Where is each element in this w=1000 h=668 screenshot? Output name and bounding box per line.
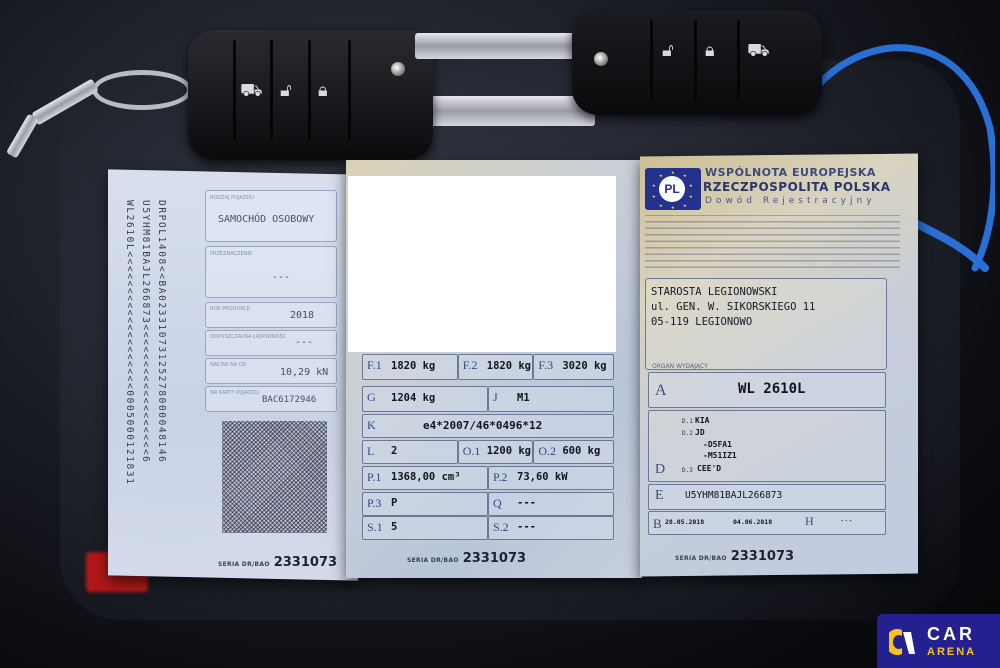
version: -M51IZ1 — [703, 451, 737, 460]
field-value: e4*2007/46*0496*12 — [423, 419, 542, 432]
field-code: F.3 — [538, 358, 553, 373]
technical-field: JM1 — [488, 386, 614, 412]
field-value: 2018 — [290, 310, 314, 321]
field-value: P — [391, 497, 397, 509]
key-blade — [430, 96, 595, 126]
field-value: 1820 kg — [487, 360, 531, 372]
field-value: 2 — [391, 445, 397, 457]
field-value: 1200 kg — [487, 445, 531, 457]
unlock-icon: 🔓︎ — [662, 42, 674, 60]
field-code: O.1 — [463, 444, 481, 459]
technical-field: L2 — [362, 440, 458, 464]
technical-field: P.11368,00 cm³ — [362, 466, 488, 490]
car-arena-logo: CAR ARENA — [877, 614, 1000, 668]
trunk-icon: ⛟ — [240, 82, 263, 100]
lock-icon: 🔒︎ — [705, 42, 715, 60]
country-code: PL — [659, 176, 685, 202]
field-code: O.2 — [538, 444, 556, 459]
technical-field: F.33020 kg — [533, 354, 614, 380]
header-eu: WSPÓLNOTA EUROPEJSKA — [705, 166, 876, 179]
model-label: D.3 — [682, 467, 693, 474]
issuer-address: STAROSTA LEGIONOWSKI ul. GEN. W. SIKORSK… — [651, 285, 815, 330]
logo-text-car: CAR — [927, 624, 975, 645]
registration-number: WL 2610L — [738, 381, 805, 397]
car-arena-logo-icon — [889, 628, 915, 656]
header-country: RZECZPOSPOLITA POLSKA — [703, 180, 890, 194]
serial-number: SERIA DR/BAO2331073 — [407, 547, 526, 566]
field-value: 5 — [391, 521, 397, 533]
field-code: F.2 — [463, 358, 478, 373]
key-ring — [92, 70, 192, 110]
field-value: 1368,00 cm³ — [391, 471, 461, 483]
car-key-fob-1: ⛟ 🔓︎ 🔒︎ — [188, 30, 433, 160]
key-blade — [415, 33, 580, 59]
field-code: P.3 — [367, 496, 381, 511]
code-H: H — [805, 514, 814, 529]
field-value: 73,60 kW — [517, 471, 568, 483]
code-E: E — [655, 488, 664, 504]
trunk-icon: ⛟ — [747, 42, 770, 60]
code-B: B — [653, 516, 662, 532]
mrz-line: DRPOL1408<<BA02331073125278000048146 — [156, 200, 167, 464]
unlock-icon: 🔓︎ — [280, 82, 292, 100]
eu-flag-icon: PL ★★ ★★ ★★ ★★ ★★ — [645, 168, 701, 210]
field-code: P.1 — [367, 470, 381, 485]
type-label: D.2 — [682, 430, 693, 437]
field-value: SAMOCHÓD OSOBOWY — [218, 214, 314, 225]
field-value: --- — [295, 337, 313, 348]
2d-barcode — [222, 421, 327, 533]
validity: --- — [840, 517, 853, 525]
key-chain-link — [6, 114, 39, 159]
field-value: 1204 kg — [391, 392, 435, 404]
technical-field: F.21820 kg — [458, 354, 534, 380]
field-value: --- — [272, 272, 290, 283]
field-value: M1 — [517, 392, 530, 404]
field-label: RODZAJ POJAZDU — [210, 195, 254, 201]
technical-field: F.11820 kg — [362, 354, 458, 380]
field-value: 10,29 kN — [280, 367, 328, 378]
field-label: ROK PRODUKCJI — [210, 306, 250, 312]
photo-scene: ⛟ 🔓︎ 🔒︎ 🔓︎ 🔒︎ ⛟ DRPOL1408<<BA02331073125… — [0, 0, 1000, 668]
header-document-title: Dowód Rejestracyjny — [705, 196, 876, 206]
field-value: --- — [517, 521, 536, 533]
technical-field: Q--- — [488, 492, 614, 516]
serial-number: SERIA DR/BAO2331073 — [218, 551, 337, 570]
field-code: Q — [493, 496, 502, 511]
lock-icon: 🔒︎ — [318, 82, 328, 100]
technical-field: G1204 kg — [362, 386, 488, 412]
field-code: G — [367, 390, 376, 405]
code-D: D — [655, 462, 665, 478]
field-code: J — [493, 390, 498, 405]
field-value: BAC6172946 — [262, 395, 316, 405]
field-label: PRZEZNACZENIE — [210, 251, 252, 257]
vin: U5YHM81BAJL266873 — [685, 490, 782, 501]
technical-field: S.15 — [362, 516, 488, 540]
field-value: 3020 kg — [562, 360, 606, 372]
field-label: DOPUSZCZALNA ŁADOWNOŚĆ — [210, 334, 286, 340]
mrz-line: WL2610L<<<<<<<<<<<<<<<<<<<0005000121831 — [124, 200, 135, 485]
logo-text-arena: ARENA — [927, 646, 976, 658]
registration-date: 04.06.2018 — [733, 518, 772, 526]
field-code: F.1 — [367, 358, 382, 373]
mrz-line: U5YHM81BAJL266873<<<<<<<<<<<<<<<<<<6 — [140, 200, 151, 464]
redacted-area — [348, 176, 616, 352]
field-code: L — [367, 444, 374, 459]
issuer-label: ORGAN WYDAJĄCY — [652, 363, 708, 370]
model: CEE'D — [697, 464, 721, 473]
technical-field: O.11200 kg — [458, 440, 534, 464]
type: JD — [695, 428, 705, 437]
field-code: K — [367, 418, 376, 433]
key-release-button — [594, 52, 608, 66]
field-value: 1820 kg — [391, 360, 435, 372]
technical-field: S.2--- — [488, 516, 614, 540]
field-code: S.2 — [493, 520, 509, 535]
technical-field: P.273,60 kW — [488, 466, 614, 490]
technical-field: P.3P — [362, 492, 488, 516]
field-value: --- — [517, 497, 536, 509]
car-key-fob-2: 🔓︎ 🔒︎ ⛟ — [572, 10, 822, 115]
legal-text-block — [645, 215, 900, 273]
field-code: P.2 — [493, 470, 507, 485]
field-label: NR KARTY POJAZDU — [210, 390, 259, 396]
make: KIA — [695, 416, 709, 425]
code-A: A — [655, 382, 667, 400]
serial-number: SERIA DR/BAO2331073 — [675, 545, 794, 564]
field-label: NACISK NA OŚ — [210, 362, 246, 368]
field-value: 600 kg — [562, 445, 600, 457]
variant: -D5FA1 — [703, 440, 732, 449]
field-code: S.1 — [367, 520, 383, 535]
machine-readable-zone: DRPOL1408<<BA02331073125278000048146 U5Y… — [118, 200, 178, 560]
key-release-button — [391, 62, 405, 76]
first-registration-date: 28.05.2018 — [665, 518, 704, 526]
make-label: D.1 — [682, 418, 693, 425]
technical-field: O.2600 kg — [533, 440, 614, 464]
technical-field: Ke4*2007/46*0496*12 — [362, 414, 614, 438]
